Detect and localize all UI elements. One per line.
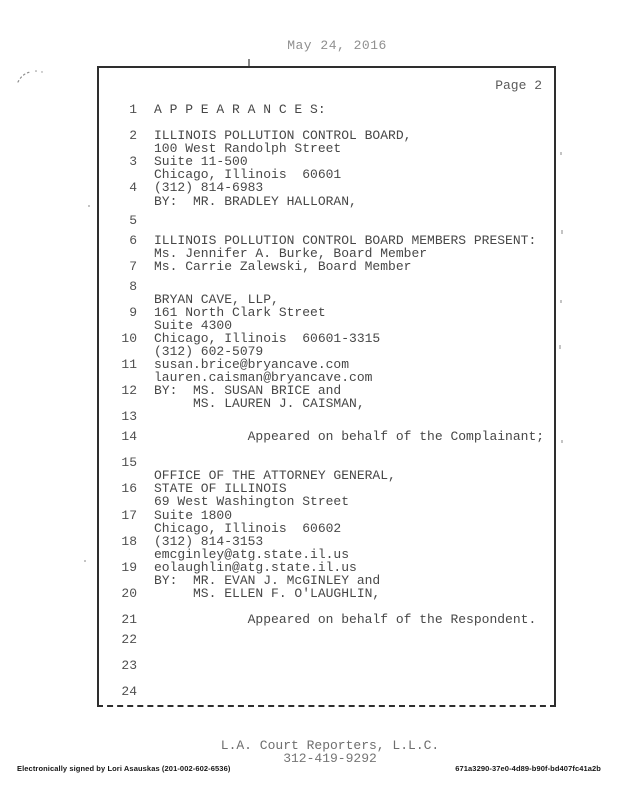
transcript-row: BRYAN CAVE, LLP, xyxy=(111,293,550,306)
line-number: 10 xyxy=(111,332,137,345)
line-number: 8 xyxy=(111,280,137,293)
transcript-row: Ms. Jennifer A. Burke, Board Member xyxy=(111,247,550,260)
line-text: 161 North Clark Street xyxy=(154,306,326,319)
line-number xyxy=(111,495,137,508)
line-text: BRYAN CAVE, LLP, xyxy=(154,293,279,306)
scan-speck xyxy=(560,152,562,155)
line-text: BY: MR. BRADLEY HALLORAN, xyxy=(154,195,357,208)
line-number: 14 xyxy=(111,430,137,443)
scan-speck xyxy=(561,230,563,234)
transcript-row: Suite 4300 xyxy=(111,319,550,332)
line-number: 6 xyxy=(111,234,137,247)
line-text: MS. LAUREN J. CAISMAN, xyxy=(154,397,365,410)
transcript-row: BY: MR. BRADLEY HALLORAN, xyxy=(111,195,550,208)
transcript-row: 22 xyxy=(111,633,550,646)
electronic-signature-line: Electronically signed by Lori Asauskas (… xyxy=(17,764,230,773)
line-text: Appeared on behalf of the Respondent. xyxy=(154,613,536,626)
scan-speck xyxy=(561,440,563,443)
transcript-row: 7Ms. Carrie Zalewski, Board Member xyxy=(111,260,550,273)
scan-speck xyxy=(88,205,90,207)
line-text: (312) 814-6983 xyxy=(154,181,263,194)
line-number: 4 xyxy=(111,181,137,194)
line-number: 20 xyxy=(111,587,137,600)
document-guid: 671a3290-37e0-4d89-b90f-bd407fc41a2b xyxy=(455,764,601,773)
line-text: MS. ELLEN F. O'LAUGHLIN, xyxy=(154,587,380,600)
line-number xyxy=(111,195,137,208)
line-text: (312) 814-3153 xyxy=(154,535,263,548)
transcript-row: 23 xyxy=(111,659,550,672)
line-number xyxy=(111,293,137,306)
line-number: 9 xyxy=(111,306,137,319)
line-number: 22 xyxy=(111,633,137,646)
line-number: 5 xyxy=(111,214,137,227)
line-number: 3 xyxy=(111,155,137,168)
line-number: 21 xyxy=(111,613,137,626)
date-header: May 24, 2016 xyxy=(0,38,618,53)
line-number: 1 xyxy=(111,103,137,116)
transcript-frame: Page 2 1A P P E A R A N C E S:2ILLINOIS … xyxy=(97,66,556,707)
transcript-row: 8 xyxy=(111,280,550,293)
line-number: 24 xyxy=(111,685,137,698)
transcript-row: 18(312) 814-3153 xyxy=(111,535,550,548)
line-text: Appeared on behalf of the Complainant; xyxy=(154,430,544,443)
line-number: 7 xyxy=(111,260,137,273)
scanned-transcript-page: May 24, 2016 Page 2 1A P P E A R A N C E… xyxy=(0,0,618,800)
transcript-row: MS. LAUREN J. CAISMAN, xyxy=(111,397,550,410)
transcript-row: 17Suite 1800 xyxy=(111,509,550,522)
transcript-row: 4(312) 814-6983 xyxy=(111,181,550,194)
transcript-row: 14 Appeared on behalf of the Complainant… xyxy=(111,430,550,443)
line-text: Suite 1800 xyxy=(154,509,232,522)
transcript-row: Chicago, Illinois 60602 xyxy=(111,522,550,535)
line-number: 13 xyxy=(111,410,137,423)
transcript-rows: 1A P P E A R A N C E S:2ILLINOIS POLLUTI… xyxy=(111,103,550,698)
line-number: 15 xyxy=(111,456,137,469)
line-number: 12 xyxy=(111,384,137,397)
line-number: 2 xyxy=(111,129,137,142)
line-text: Chicago, Illinois 60602 xyxy=(154,522,341,535)
line-number: 18 xyxy=(111,535,137,548)
page-number-label: Page 2 xyxy=(495,78,542,93)
transcript-row: 24 xyxy=(111,685,550,698)
line-text: ILLINOIS POLLUTION CONTROL BOARD MEMBERS… xyxy=(154,234,536,247)
line-number: 19 xyxy=(111,561,137,574)
transcript-row: 20 MS. ELLEN F. O'LAUGHLIN, xyxy=(111,587,550,600)
line-text: Ms. Jennifer A. Burke, Board Member xyxy=(154,247,427,260)
transcript-row: 69 West Washington Street xyxy=(111,495,550,508)
transcript-row: 5 xyxy=(111,214,550,227)
transcript-row: 6ILLINOIS POLLUTION CONTROL BOARD MEMBER… xyxy=(111,234,550,247)
line-number xyxy=(111,522,137,535)
line-text: A P P E A R A N C E S: xyxy=(154,103,326,116)
scan-speck xyxy=(84,560,86,562)
line-number: 16 xyxy=(111,482,137,495)
transcript-row: emcginley@atg.state.il.us xyxy=(111,548,550,561)
transcript-row: 1A P P E A R A N C E S: xyxy=(111,103,550,116)
transcript-row: 13 xyxy=(111,410,550,423)
line-number: 11 xyxy=(111,358,137,371)
transcript-row: 21 Appeared on behalf of the Respondent. xyxy=(111,613,550,626)
transcript-row: 9161 North Clark Street xyxy=(111,306,550,319)
line-number xyxy=(111,247,137,260)
pen-scribble-mark xyxy=(14,66,54,94)
line-text: Ms. Carrie Zalewski, Board Member xyxy=(154,260,411,273)
scan-speck xyxy=(559,345,561,349)
scan-speck xyxy=(560,300,562,303)
line-number: 17 xyxy=(111,509,137,522)
line-number xyxy=(111,548,137,561)
line-number xyxy=(111,319,137,332)
line-number: 23 xyxy=(111,659,137,672)
line-text: Suite 4300 xyxy=(154,319,232,332)
line-text: emcginley@atg.state.il.us xyxy=(154,548,349,561)
line-text: 69 West Washington Street xyxy=(154,495,349,508)
